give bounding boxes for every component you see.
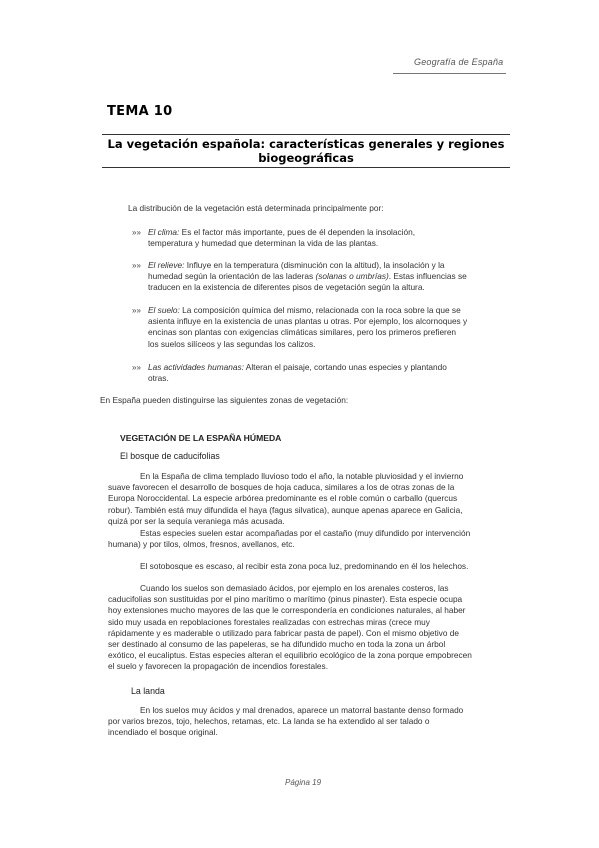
paragraph: En los suelos muy ácidos y mal drenados,… bbox=[108, 705, 506, 739]
paragraph-line: exótico, el eucaliptus. Estas especies a… bbox=[108, 650, 472, 660]
paragraph-line: sido muy usada en repoblaciones forestal… bbox=[108, 617, 430, 627]
paragraph: Estas especies suelen estar acompañadas … bbox=[108, 528, 506, 550]
bullet-arrow-icon: »» bbox=[132, 363, 141, 372]
section-heading: VEGETACIÓN DE LA ESPAÑA HÚMEDA bbox=[120, 433, 281, 443]
paragraph-line: hoy extensiones mucho mayores de las que… bbox=[108, 605, 465, 615]
bullet-text: otras. bbox=[148, 373, 169, 383]
paragraph-line: En la España de clima templado lluvioso … bbox=[108, 471, 463, 481]
paragraph-line: Europa Noroccidental. La especie arbórea… bbox=[108, 493, 457, 503]
bullet-text: los suelos silíceos y las segundas los c… bbox=[148, 339, 315, 349]
paragraph-line: suave favorecen el desarrollo de bosques… bbox=[108, 482, 454, 492]
paragraph-line: El sotobosque es escaso, al recibir esta… bbox=[108, 561, 468, 571]
bullet-text: La composición química del mismo, relaci… bbox=[180, 305, 461, 315]
page-number: Página 19 bbox=[285, 778, 321, 787]
paragraph: En la España de clima templado lluvioso … bbox=[108, 471, 506, 527]
paragraph-line: el suelo y favorecen la propagación de i… bbox=[108, 661, 328, 671]
bullet-arrow-icon: »» bbox=[132, 228, 141, 237]
bullet-term: El relieve: bbox=[148, 260, 184, 270]
bullet-text: . Estas influencias se bbox=[389, 271, 467, 281]
document-page: Geografía de España TEMA 10 La vegetació… bbox=[0, 0, 599, 848]
paragraph-line: quizá por ser la sequía veraniega más ac… bbox=[108, 516, 285, 526]
intro-text: La distribución de la vegetación está de… bbox=[128, 203, 528, 214]
bullet-term: Las actividades humanas: bbox=[148, 362, 244, 372]
topic-label: TEMA 10 bbox=[107, 104, 172, 119]
running-header: Geografía de España bbox=[414, 57, 503, 67]
paragraph-line: Cuando los suelos son demasiado ácidos, … bbox=[108, 583, 449, 593]
bullet-text: traducen en la existencia de diferentes … bbox=[148, 282, 425, 292]
bullet-italic: (solanas o umbrías) bbox=[315, 271, 388, 281]
title-box: La vegetación española: características … bbox=[102, 134, 510, 168]
paragraph-line: En los suelos muy ácidos y mal drenados,… bbox=[108, 705, 463, 715]
bullet-text: Es el factor más importante, pues de él … bbox=[179, 227, 415, 237]
subsection-heading: La landa bbox=[131, 686, 165, 696]
paragraph: Cuando los suelos son demasiado ácidos, … bbox=[108, 583, 506, 673]
subsection-heading: El bosque de caducifolias bbox=[120, 451, 220, 461]
bullet-text: humedad según la orientación de las lade… bbox=[148, 271, 315, 281]
bullet-text: Influye en la temperatura (disminución c… bbox=[184, 260, 444, 270]
bullet-text: asienta influye en la existencia de unas… bbox=[148, 316, 467, 326]
paragraph-line: caducifolias son sustituidas por el pino… bbox=[108, 594, 462, 604]
bullet-text: temperatura y humedad que determinan la … bbox=[148, 238, 378, 248]
paragraph-line: humana) y por tilos, olmos, fresnos, ave… bbox=[108, 539, 295, 549]
paragraph-line: por varios brezos, tojo, helechos, retam… bbox=[108, 716, 429, 726]
page-title-line-2: biogeográficas bbox=[102, 151, 510, 165]
bullet-relieve: El relieve: Influye en la temperatura (d… bbox=[148, 260, 503, 294]
bullet-arrow-icon: »» bbox=[132, 306, 141, 315]
paragraph-line: robur). También está muy difundida el ha… bbox=[108, 505, 463, 515]
bullet-suelo: El suelo: La composición química del mis… bbox=[148, 305, 503, 350]
page-title-line-1: La vegetación española: características … bbox=[102, 137, 510, 151]
paragraph-line: ser destinado al consumo de las papelera… bbox=[108, 639, 445, 649]
paragraph-line: Estas especies suelen estar acompañadas … bbox=[108, 528, 470, 538]
bullet-text: encinas son plantas con exigencias climá… bbox=[148, 327, 456, 337]
bullet-term: El suelo: bbox=[148, 305, 180, 315]
paragraph-line: rápidamente y es maderable o utilizado p… bbox=[108, 628, 459, 638]
paragraph: El sotobosque es escaso, al recibir esta… bbox=[108, 561, 506, 572]
bullet-term: El clima: bbox=[148, 227, 179, 237]
bullet-text: Alteran el paisaje, cortando unas especi… bbox=[244, 362, 447, 372]
bullet-actividades: Las actividades humanas: Alteran el pais… bbox=[148, 362, 503, 384]
bullet-clima: El clima: Es el factor más importante, p… bbox=[148, 227, 503, 249]
zones-intro: En España pueden distinguirse las siguie… bbox=[100, 395, 520, 406]
bullet-arrow-icon: »» bbox=[132, 261, 141, 270]
header-rule bbox=[393, 73, 506, 74]
paragraph-line: incendiado el bosque original. bbox=[108, 727, 218, 737]
